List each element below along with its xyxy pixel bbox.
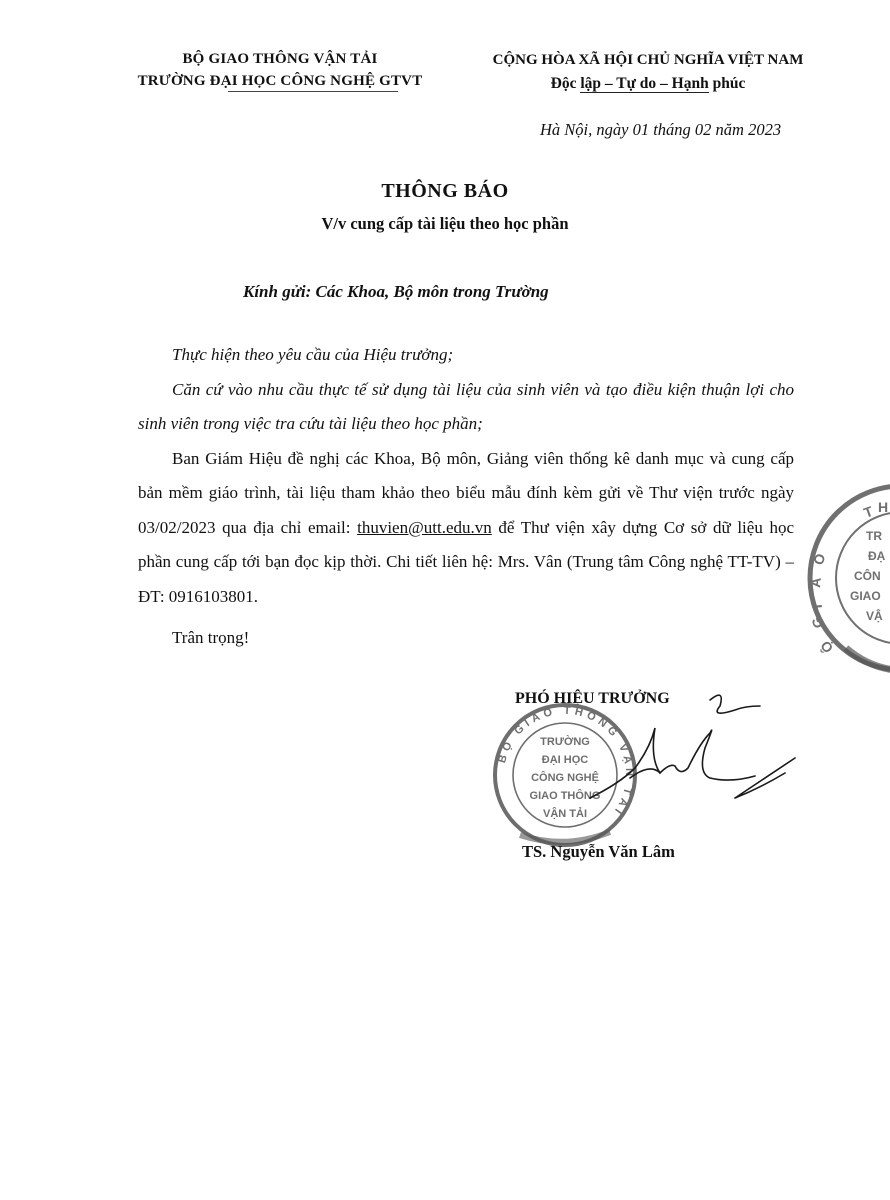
issuer-header: BỘ GIAO THÔNG VẬN TẢI TRƯỜNG ĐẠI HỌC CÔN… [70,48,490,92]
svg-text:ĐẠ: ĐẠ [868,549,886,563]
recipient-line: Kính gửi: Các Khoa, Bộ môn trong Trường [243,282,549,302]
document-subject: V/v cung cấp tài liệu theo học phần [0,214,890,234]
paragraph-request: Ban Giám Hiệu đề nghị các Khoa, Bộ môn, … [138,442,794,615]
handwritten-signature [560,688,800,808]
email-link[interactable]: thuvien@utt.edu.vn [357,518,492,537]
paragraph-basis-1: Thực hiện theo yêu cầu của Hiệu trưởng; [138,338,794,373]
paragraph-basis-2: Căn cứ vào nhu cầu thực tế sử dụng tài l… [138,373,794,442]
svg-text:I: I [809,604,825,609]
national-header: CỘNG HÒA XÃ HỘI CHỦ NGHĨA VIỆT NAM Độc l… [478,48,818,96]
svg-text:T: T [862,503,876,521]
svg-text:CÔN: CÔN [854,568,881,583]
stamp-line-5: VẬN TẢI [543,807,587,820]
nation-name: CỘNG HÒA XÃ HỘI CHỦ NGHĨA VIỆT NAM [478,48,818,72]
document-title: THÔNG BÁO [0,180,890,203]
motto-prefix: Độc [551,75,581,92]
closing-line: Trân trọng! [172,628,249,648]
svg-text:VẬ: VẬ [866,608,883,623]
svg-text:H: H [878,499,888,515]
ministry-name: BỘ GIAO THÔNG VẬN TẢI [70,48,490,70]
signatory-name: TS. Nguyễn Văn Lâm [522,842,675,862]
school-name: TRƯỜNG ĐẠI HỌC CÔNG NGHỆ GTVT [138,73,423,89]
svg-text:A: A [807,577,824,588]
svg-text:TR: TR [866,529,882,543]
place-date: Hà Nội, ngày 01 tháng 02 năm 2023 [540,120,781,140]
header-underline [228,91,398,92]
motto-suffix: phúc [709,75,746,92]
svg-text:GIAO: GIAO [850,589,881,603]
document-body: Thực hiện theo yêu cầu của Hiệu trưởng; … [138,338,794,614]
national-motto: Độc lập – Tự do – Hạnh phúc [478,72,818,96]
motto-underlined: lập – Tự do – Hạnh [580,75,708,93]
partial-seal-stamp: T H O A I G Ộ TR ĐẠ CÔN GIAO VẬ [806,478,890,678]
